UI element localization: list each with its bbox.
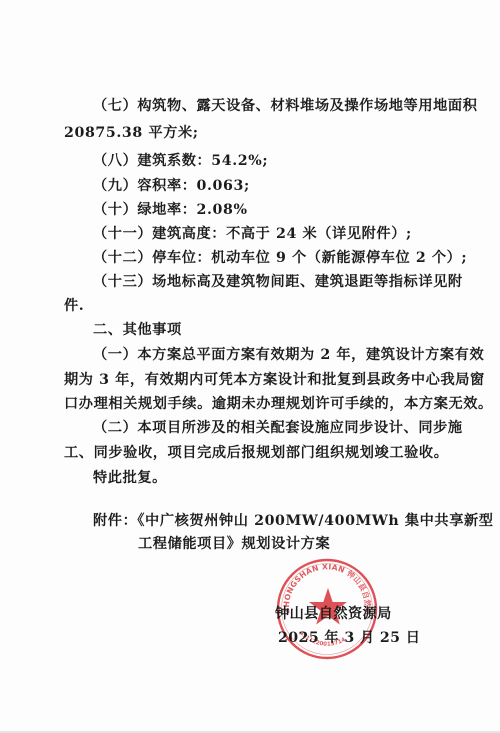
item-10-green-ratio: （十）绿地率：2.08% (93, 201, 248, 219)
section-2-item-1-line-2: 期为 3 年，有效期内可凭本方案设计和批复到县政务中心我局窗 (64, 371, 485, 389)
section-2-item-2-line-1: （二）本项目所涉及的相关配套设施应同步设计、同步施 (93, 419, 463, 437)
item-13-line-1: （十三）场地标高及建筑物间距、建筑退距等指标详见附 (93, 273, 463, 291)
item-11-building-height: （十一）建筑高度：不高于 24 米（详见附件）; (93, 225, 412, 243)
issue-date: 2025 年 3 月 25 日 (278, 629, 420, 647)
document-page: （七）构筑物、露天设备、材料堆场及操作场地等用地面积 20875.38 平方米;… (0, 0, 500, 733)
item-7-line-2: 20875.38 平方米; (64, 124, 199, 142)
item-7-line-1: （七）构筑物、露天设备、材料堆场及操作场地等用地面积 (93, 97, 477, 115)
section-2-heading: 二、其他事项 (93, 321, 182, 339)
attachment-line-1: 附件：《中广核贺州钟山 200MW/400MWh 集中共享新型 (93, 512, 494, 530)
section-2-item-1-line-1: （一）本方案总平面方案有效期为 2 年，建筑设计方案有效 (93, 346, 484, 364)
section-2-item-1-line-3: 口办理相关规划手续。逾期未办理规划许可手续的，本方案无效。 (64, 395, 493, 413)
item-9-floor-area-ratio: （九）容积率：0.063; (93, 177, 250, 195)
item-13-line-2: 件. (64, 297, 84, 315)
section-2-item-2-line-2: 工、同步验收，项目完成后报规划部门组织规划竣工验收。 (64, 444, 448, 462)
attachment-line-2: 工程储能项目》规划设计方案 (138, 535, 330, 553)
item-12-parking: （十二）停车位：机动车位 9 个（新能源停车位 2 个）; (93, 249, 467, 267)
closing-statement: 特此批复。 (93, 469, 167, 487)
item-8-building-coefficient: （八）建筑系数：54.2%; (93, 152, 268, 170)
issuer-name: 钟山县自然资源局 (275, 605, 392, 623)
